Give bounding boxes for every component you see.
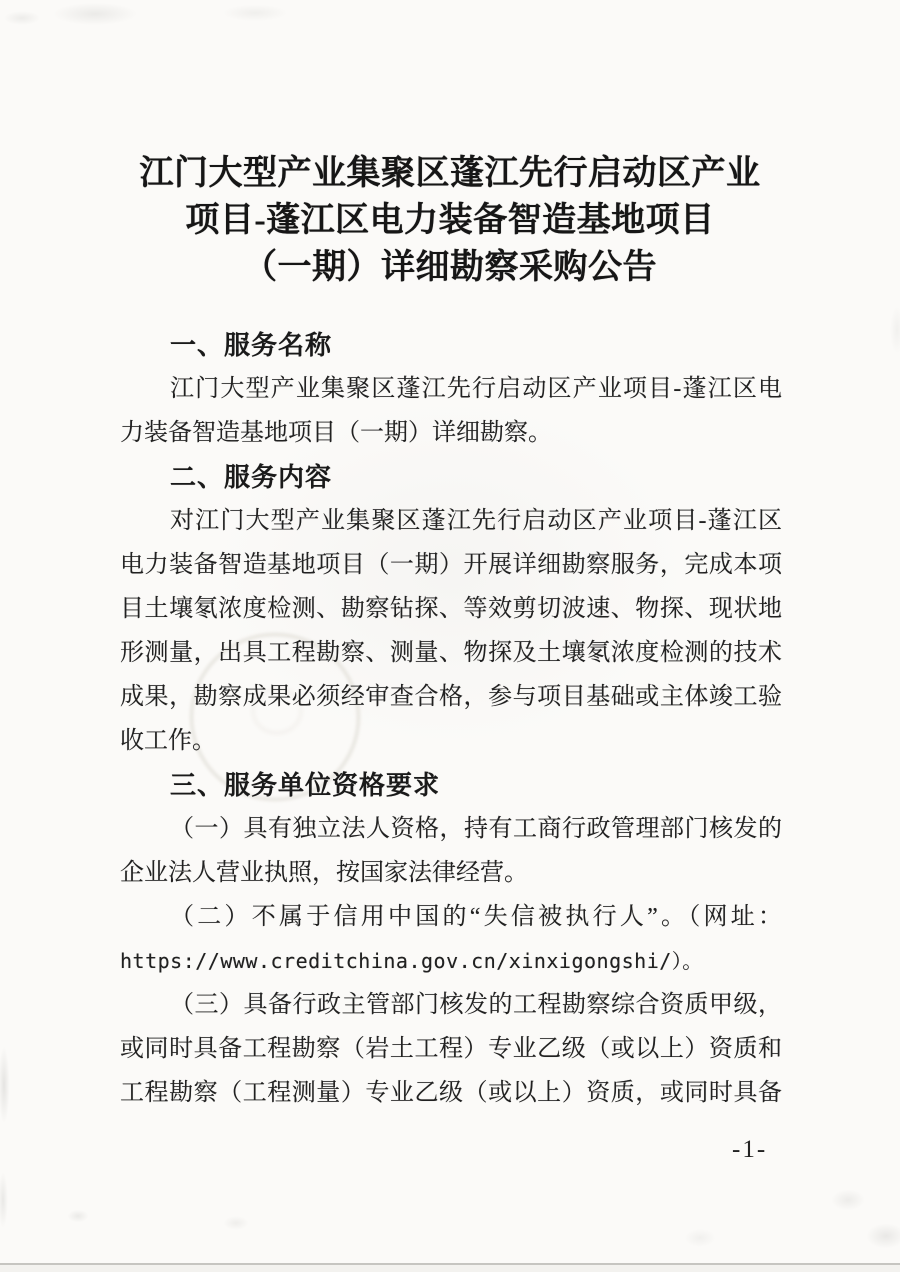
scan-bottom-strip bbox=[0, 1265, 900, 1272]
paragraph-line: 电力装备智造基地项目（一期）开展详细勘察服务，完成本项 bbox=[120, 543, 782, 587]
title-line-2: 项目-蓬江区电力装备智造基地项目 bbox=[0, 197, 900, 244]
paragraph-line: 目土壤氡浓度检测、勘察钻探、等效剪切波速、物探、现状地 bbox=[120, 587, 782, 631]
title-line-3: （一期）详细勘察采购公告 bbox=[0, 244, 900, 291]
section-2-heading: 二、服务内容 bbox=[120, 455, 782, 499]
paragraph-line: 对江门大型产业集聚区蓬江先行启动区产业项目-蓬江区 bbox=[120, 499, 782, 543]
page-number: -1- bbox=[732, 1136, 767, 1164]
title-line-1: 江门大型产业集聚区蓬江先行启动区产业 bbox=[0, 150, 900, 197]
paragraph-line: 收工作。 bbox=[120, 719, 782, 763]
paragraph-line: 形测量，出具工程勘察、测量、物探及土壤氡浓度检测的技术 bbox=[120, 631, 782, 675]
scanned-document-page: 江门大型产业集聚区蓬江先行启动区产业 项目-蓬江区电力装备智造基地项目 （一期）… bbox=[0, 0, 900, 1272]
item-1-line: （一）具有独立法人资格，持有工商行政管理部门核发的 bbox=[120, 807, 782, 851]
item-3-line: 或同时具备工程勘察（岩土工程）专业乙级（或以上）资质和 bbox=[120, 1027, 782, 1071]
document-title: 江门大型产业集聚区蓬江先行启动区产业 项目-蓬江区电力装备智造基地项目 （一期）… bbox=[0, 150, 900, 291]
item-2-line: （二）不属于信用中国的“失信被执行人”。（网址： bbox=[120, 895, 782, 939]
section-1-heading: 一、服务名称 bbox=[120, 323, 782, 367]
paragraph-line: 江门大型产业集聚区蓬江先行启动区产业项目-蓬江区电 bbox=[120, 367, 782, 411]
item-3-line: （三）具备行政主管部门核发的工程勘察综合资质甲级， bbox=[120, 983, 782, 1027]
section-3-heading: 三、服务单位资格要求 bbox=[120, 763, 782, 807]
item-2-url-line: https://www.creditchina.gov.cn/xinxigong… bbox=[120, 939, 782, 983]
document-body: 一、服务名称江门大型产业集聚区蓬江先行启动区产业项目-蓬江区电力装备智造基地项目… bbox=[120, 323, 782, 1115]
paragraph-line: 成果，勘察成果必须经审查合格，参与项目基础或主体竣工验 bbox=[120, 675, 782, 719]
item-3-line: 工程勘察（工程测量）专业乙级（或以上）资质，或同时具备 bbox=[120, 1071, 782, 1115]
paragraph-line: 力装备智造基地项目（一期）详细勘察。 bbox=[120, 411, 782, 455]
item-1-line: 企业法人营业执照，按国家法律经营。 bbox=[120, 851, 782, 895]
